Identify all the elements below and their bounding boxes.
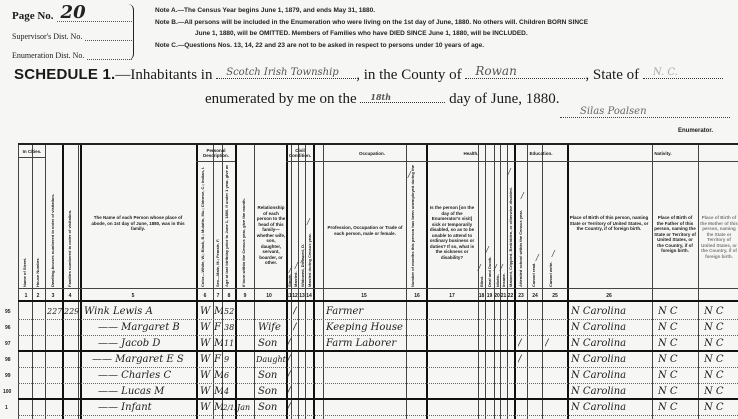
person-name: —— Infant <box>84 400 196 416</box>
relationship: Son <box>258 400 286 416</box>
state-field: N. C. <box>643 67 723 79</box>
header-sickness: Is the person [on the day of the Enumera… <box>428 205 476 260</box>
age: 11 <box>224 336 236 352</box>
age: 9 <box>224 352 236 368</box>
color: W <box>200 304 212 320</box>
header-check-blind: / <box>478 263 481 272</box>
header-months-unemployed: Number of months this person has been un… <box>410 165 415 287</box>
colnum-9: 9 <box>240 293 250 299</box>
write-mark: / <box>545 336 553 352</box>
enumeration-date-line: enumerated by me on the 18th day of June… <box>205 91 560 108</box>
census-page: Page No. 20 Supervisor's Dist. No. Enume… <box>0 0 738 419</box>
mother-birthplace: N C <box>704 368 738 384</box>
colnum-17: 17 <box>446 293 458 299</box>
colnum-25: 25 <box>550 293 560 299</box>
table-row: 100 —— Lucas M W M 4 Son / N Carolina N … <box>18 384 738 400</box>
colnum-15: 15 <box>358 293 370 299</box>
single-mark: / <box>287 336 292 352</box>
sex: M <box>214 400 223 416</box>
colnum-14: 14 <box>306 293 312 299</box>
note-b-line1: Note B.—All persons will be included in … <box>155 17 735 29</box>
colnum-21: 21 <box>500 293 507 299</box>
state-value: N. C. <box>653 67 678 78</box>
colnum-5: 5 <box>128 293 138 299</box>
person-name: —— Charles C <box>84 368 196 384</box>
header-check-write: / <box>552 249 555 258</box>
day-field: 18th <box>360 91 445 103</box>
relationship <box>258 304 286 320</box>
inhabitants-label: —Inhabitants in <box>115 67 212 83</box>
occupation: Farmer <box>326 304 406 320</box>
colnum-24: 24 <box>530 293 540 299</box>
header-father-birthplace: Place of Birth of the Father of this per… <box>654 215 696 254</box>
birthplace: N Carolina <box>571 320 651 336</box>
line-number: 97 <box>5 341 11 347</box>
father-birthplace: N C <box>658 336 698 352</box>
column-number-row: 1 2 3 4 5 6 7 8 9 10 11 12 13 14 15 16 1… <box>18 288 738 302</box>
mother-birthplace: N C <box>704 320 738 336</box>
age: 2/12 <box>223 400 235 416</box>
schedule-title: SCHEDULE 1. <box>14 66 115 83</box>
table-row: 96 —— Margaret B W F 38 Wife / Keeping H… <box>18 320 738 336</box>
dwelling-number: 227 <box>47 304 63 320</box>
color: W <box>200 400 212 416</box>
person-name: Wink Lewis A <box>84 304 196 320</box>
group-civil-condition: Civil Condition. <box>287 148 313 158</box>
day-of-june-label: day of June, 1880. <box>449 91 559 107</box>
age: 4 <box>224 384 236 400</box>
person-name: —— Margaret E S <box>84 352 196 368</box>
day-value: 18th <box>370 92 391 102</box>
person-name: —— Margaret B <box>84 320 196 336</box>
brace-divider <box>128 4 134 60</box>
header-street: Name of Street. <box>22 225 27 287</box>
supervisor-dist-label: Supervisor's Dist. No. <box>12 32 82 41</box>
header-color: Color—White, W.; Black, B.; Mulatto, Mu.… <box>200 165 205 287</box>
colnum-19: 19 <box>485 293 494 299</box>
father-birthplace: N C <box>658 320 698 336</box>
note-c: Note C.—Questions Nos. 13, 14, 22 and 23… <box>155 40 735 52</box>
read-mark <box>530 304 540 320</box>
header-birthplace: Place of Birth of this person, naming St… <box>569 215 649 232</box>
relationship: Son <box>258 368 286 384</box>
note-b-line2: June 1, 1880, will be OMITTED. Members o… <box>155 28 735 40</box>
census-table: In Cities. Personal Description. Civil C… <box>18 143 738 419</box>
write-mark <box>545 304 553 320</box>
birthplace: N Carolina <box>571 368 651 384</box>
father-birthplace: N C <box>658 352 698 368</box>
group-in-cities: In Cities. <box>19 149 45 154</box>
age: 38 <box>224 320 236 336</box>
colnum-18: 18 <box>478 293 485 299</box>
birthplace: N Carolina <box>571 336 651 352</box>
line-number: 95 <box>5 309 11 315</box>
enumerated-label: enumerated by me on the <box>205 91 357 107</box>
single-mark: / <box>287 400 292 416</box>
enumerator-signature-field: Silas Poalsen <box>560 106 730 118</box>
county-field: Rowan <box>465 67 585 79</box>
mother-birthplace: N C <box>704 384 738 400</box>
header-mother-birthplace: Place of Birth of the Mother of this per… <box>700 215 738 259</box>
township-field: Scotch Irish Township <box>216 67 356 79</box>
colnum-1: 1 <box>22 293 30 299</box>
mother-birthplace: N C <box>704 352 738 368</box>
colnum-10: 10 <box>264 293 274 299</box>
header-check-single: / <box>289 265 292 274</box>
birthplace: N Carolina <box>571 384 651 400</box>
colnum-26: 26 <box>603 293 615 299</box>
colnum-2: 2 <box>34 293 42 299</box>
married-mark: / <box>293 304 298 320</box>
color: W <box>200 384 212 400</box>
family-number: 229 <box>64 304 80 320</box>
header-check-idiotic: / <box>494 263 497 272</box>
colnum-12: 12 <box>292 293 298 299</box>
relationship: Wife <box>258 320 286 336</box>
relationship: Daughter <box>256 352 286 368</box>
color: W <box>200 352 212 368</box>
occupation: Farm Laborer <box>326 336 406 352</box>
color: W <box>200 368 212 384</box>
header-family: Families numbered in order of visitation… <box>67 165 72 287</box>
header-cannot-write: Cannot write. <box>548 255 553 287</box>
header-check-widowed: / <box>301 255 304 264</box>
header-relationship: Relationship of each person to the head … <box>256 205 286 266</box>
header-house-number: House Number. <box>35 225 40 287</box>
colnum-23: 23 <box>516 293 526 299</box>
header-check-read: / <box>536 253 539 262</box>
header-born-month: If born within the Census year, give the… <box>241 165 246 287</box>
header-attended-school: Attended school within the Census year. <box>518 185 523 287</box>
age: 6 <box>224 368 236 384</box>
enumerator-label: Enumerator. <box>678 128 713 134</box>
header-check-maimed: / <box>508 167 511 176</box>
header-check-insane: / <box>500 263 503 272</box>
group-occupation: Occupation. <box>318 151 426 156</box>
colnum-8: 8 <box>224 293 234 299</box>
relationship: Son <box>258 384 286 400</box>
header-maimed: Maimed, Crippled, Bedridden, or otherwis… <box>508 165 513 287</box>
colnum-6: 6 <box>200 293 210 299</box>
enumerator-signature: Silas Poalsen <box>580 106 647 117</box>
county-label: , in the County of <box>356 67 461 83</box>
sex: F <box>214 320 223 336</box>
occupation: Keeping House <box>326 320 406 336</box>
age: 52 <box>224 304 236 320</box>
table-row: 95 227 229 Wink Lewis A W M 52 / Farmer … <box>18 304 738 320</box>
header-name: The Name of each Person whose place of a… <box>88 215 188 232</box>
header-sex: Sex—Male, M.; Female, F. <box>215 165 220 287</box>
colnum-7: 7 <box>214 293 222 299</box>
page-no-label: Page No. <box>12 10 54 22</box>
birth-month <box>238 304 254 320</box>
relationship: Son <box>258 336 286 352</box>
line-number: 96 <box>5 325 11 331</box>
colnum-4: 4 <box>65 293 75 299</box>
header-dwelling: Dwelling-houses numbered in order of vis… <box>50 165 55 287</box>
mother-birthplace: N C <box>704 304 738 320</box>
page-number-block: Page No. 20 Supervisor's Dist. No. Enume… <box>12 6 132 60</box>
school-mark: / <box>518 352 526 368</box>
school-mark: / <box>518 336 526 352</box>
group-health: Health. <box>428 151 514 156</box>
header-check-married-year: / <box>307 217 310 226</box>
line-number: 99 <box>5 373 11 379</box>
table-row: 98 —— Margaret E S W F 9 Daughter / / N … <box>18 352 738 368</box>
county-value: Rowan <box>475 64 516 78</box>
line-number: 98 <box>5 357 11 363</box>
schedule-heading: SCHEDULE 1.—Inhabitants in Scotch Irish … <box>14 66 723 84</box>
table-row: 1 —— Infant W M 2/12 Jan Son / N Carolin… <box>18 400 738 416</box>
header-profession: Profession, Occupation or Trade of each … <box>325 225 405 236</box>
group-education: Education. <box>515 151 567 156</box>
birthplace: N Carolina <box>571 400 651 416</box>
census-notes: Note A.—The Census Year begins June 1, 1… <box>155 5 735 51</box>
table-row: 97 —— Jacob D W M 11 Son / Farm Laborer … <box>18 336 738 352</box>
state-label: , State of <box>585 67 639 83</box>
group-nativity: Nativity. <box>578 151 738 156</box>
sex: M <box>214 304 223 320</box>
single-mark: / <box>287 352 292 368</box>
township-value: Scotch Irish Township <box>226 67 338 78</box>
sex: M <box>214 384 223 400</box>
person-name: —— Jacob D <box>84 336 196 352</box>
married-mark: / <box>293 320 298 336</box>
sex: M <box>214 368 223 384</box>
mother-birthplace: N C <box>704 400 738 416</box>
single-mark <box>287 304 292 320</box>
sex: F <box>214 352 223 368</box>
sex: M <box>214 336 223 352</box>
line-number: 100 <box>3 389 11 395</box>
header-check-married: / <box>295 261 298 270</box>
mother-birthplace: N C <box>704 336 738 352</box>
color: W <box>200 320 212 336</box>
colnum-13: 13 <box>299 293 305 299</box>
father-birthplace: N C <box>658 400 698 416</box>
header-age: Age at last birthday prior to June 1, 18… <box>224 165 229 287</box>
colnum-22: 22 <box>507 293 514 299</box>
birth-month: Jan <box>237 400 254 416</box>
father-birthplace: N C <box>658 368 698 384</box>
group-personal-description: Personal Description. <box>197 148 235 158</box>
colnum-16: 16 <box>411 293 423 299</box>
note-a: Note A.—The Census Year begins June 1, 1… <box>155 5 735 17</box>
single-mark: / <box>287 384 292 400</box>
single-mark: / <box>287 368 292 384</box>
header-check-school: / <box>521 191 524 200</box>
header-check-deaf: / <box>486 245 489 254</box>
enumeration-dist-label: Enumeration Dist. No. <box>12 51 84 60</box>
line-number: 1 <box>5 405 8 411</box>
page-no-value: 20 <box>61 2 86 23</box>
colnum-3: 3 <box>48 293 58 299</box>
birthplace: N Carolina <box>571 352 651 368</box>
header-check-unemployed: / <box>408 170 411 179</box>
color: W <box>200 336 212 352</box>
father-birthplace: N C <box>658 304 698 320</box>
table-row: 99 —— Charles C W M 6 Son / N Carolina N… <box>18 368 738 384</box>
father-birthplace: N C <box>658 384 698 400</box>
school-mark <box>518 304 526 320</box>
person-name: —— Lucas M <box>84 384 196 400</box>
birthplace: N Carolina <box>571 304 651 320</box>
